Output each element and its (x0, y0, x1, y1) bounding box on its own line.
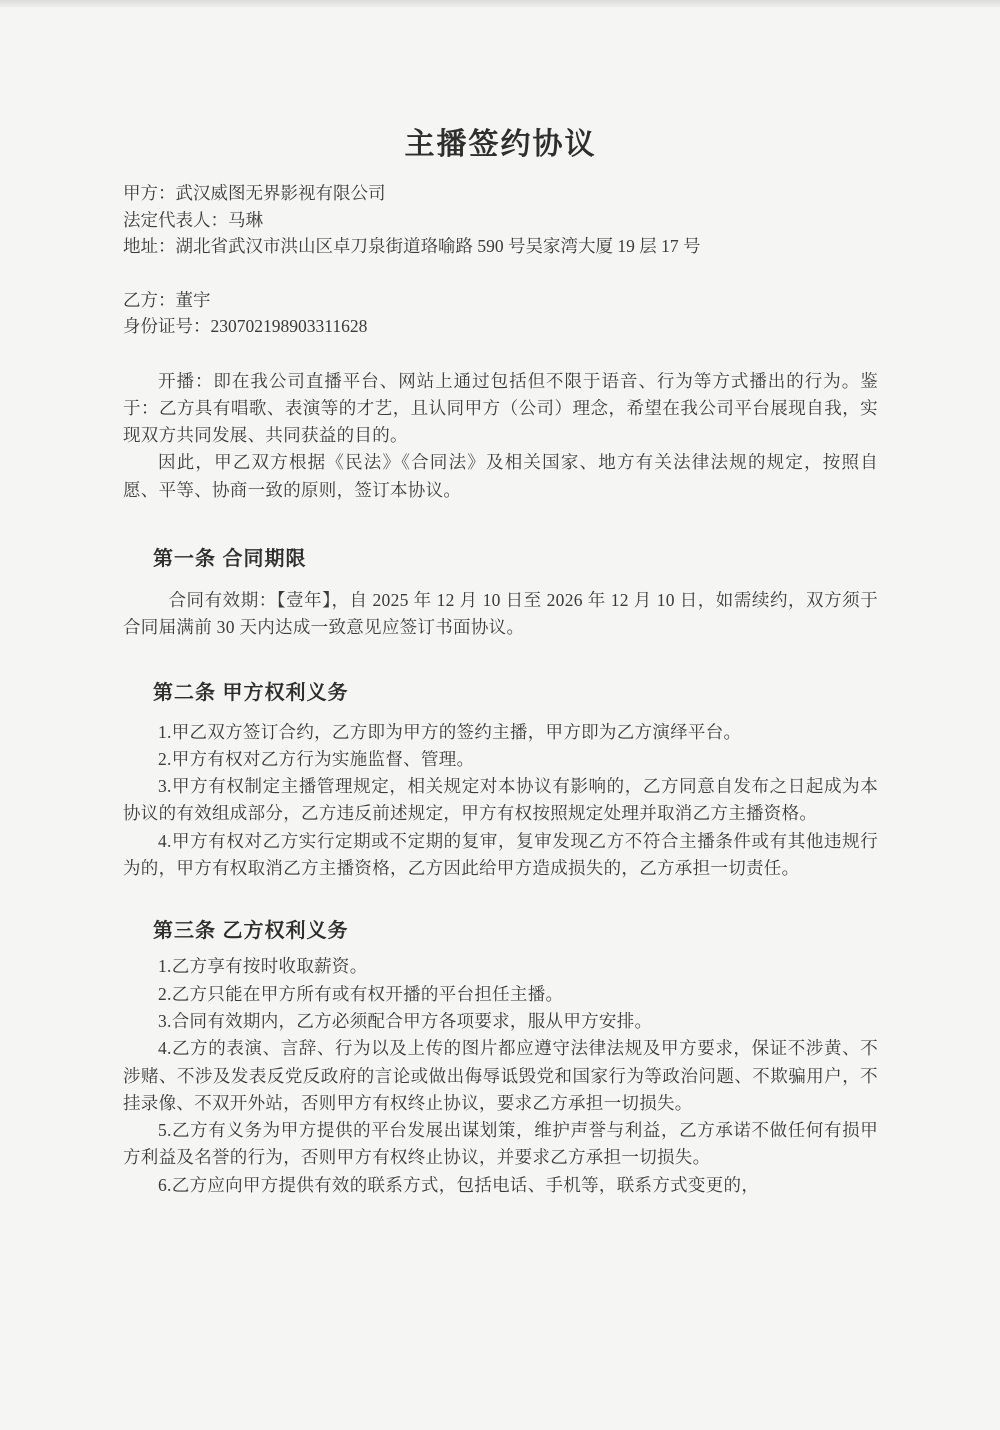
section-clauses: 1.乙方享有按时收取薪资。 2.乙方只能在甲方所有或有权开播的平台担任主播。 3… (123, 953, 878, 1199)
document-page: 主播签约协议 甲方：武汉威图无界影视有限公司 法定代表人：马琳 地址：湖北省武汉… (0, 0, 1000, 1430)
contract-clause: 3.甲方有权制定主播管理规定，相关规定对本协议有影响的，乙方同意自发布之日起成为… (123, 773, 878, 828)
party-b-id-line: 身份证号：230702198903311628 (123, 313, 878, 340)
document-title: 主播签约协议 (123, 0, 878, 168)
contract-clause: 2.乙方只能在甲方所有或有权开播的平台担任主播。 (123, 981, 878, 1008)
preamble-paragraph: 因此，甲乙双方根据《民法》《合同法》及相关国家、地方有关法律法规的规定，按照自愿… (123, 449, 878, 504)
section-party-b-rights: 第三条 乙方权利义务 1.乙方享有按时收取薪资。 2.乙方只能在甲方所有或有权开… (123, 916, 878, 1199)
preamble-paragraph: 开播：即在我公司直播平台、网站上通过包括但不限于语音、行为等方式播出的行为。鉴于… (123, 368, 878, 450)
contract-clause: 3.合同有效期内，乙方必须配合甲方各项要求，服从甲方安排。 (123, 1008, 878, 1035)
party-b-name-line: 乙方：董宇 (123, 287, 878, 314)
section-heading: 第三条 乙方权利义务 (123, 916, 878, 946)
section-party-a-rights: 第二条 甲方权利义务 1.甲乙双方签订合约，乙方即为甲方的签约主播，甲方即为乙方… (123, 678, 878, 883)
section-heading: 第二条 甲方权利义务 (123, 678, 878, 708)
party-a-block: 甲方：武汉威图无界影视有限公司 法定代表人：马琳 地址：湖北省武汉市洪山区卓刀泉… (123, 180, 878, 260)
contract-clause: 4.乙方的表演、言辞、行为以及上传的图片都应遵守法律法规及甲方要求，保证不涉黄、… (123, 1035, 878, 1117)
party-a-name-line: 甲方：武汉威图无界影视有限公司 (123, 180, 878, 207)
section-clauses: 1.甲乙双方签订合约，乙方即为甲方的签约主播，甲方即为乙方演绎平台。 2.甲方有… (123, 719, 878, 883)
section-clauses: 合同有效期：【壹年】，自 2025 年 12 月 10 日至 2026 年 12… (123, 587, 878, 642)
party-a-legal-rep-line: 法定代表人：马琳 (123, 207, 878, 234)
document-content: 主播签约协议 甲方：武汉威图无界影视有限公司 法定代表人：马琳 地址：湖北省武汉… (0, 0, 1000, 1199)
contract-clause: 1.甲乙双方签订合约，乙方即为甲方的签约主播，甲方即为乙方演绎平台。 (123, 719, 878, 746)
contract-clause: 1.乙方享有按时收取薪资。 (123, 953, 878, 980)
section-contract-term: 第一条 合同期限 合同有效期：【壹年】，自 2025 年 12 月 10 日至 … (123, 544, 878, 642)
preamble: 开播：即在我公司直播平台、网站上通过包括但不限于语音、行为等方式播出的行为。鉴于… (123, 368, 878, 504)
contract-clause: 合同有效期：【壹年】，自 2025 年 12 月 10 日至 2026 年 12… (123, 587, 878, 642)
contract-clause: 4.甲方有权对乙方实行定期或不定期的复审，复审发现乙方不符合主播条件或有其他违规… (123, 828, 878, 883)
contract-clause: 2.甲方有权对乙方行为实施监督、管理。 (123, 746, 878, 773)
contract-clause: 6.乙方应向甲方提供有效的联系方式，包括电话、手机等，联系方式变更的， (123, 1172, 878, 1199)
party-b-block: 乙方：董宇 身份证号：230702198903311628 (123, 287, 878, 340)
contract-clause: 5.乙方有义务为甲方提供的平台发展出谋划策，维护声誉与利益，乙方承诺不做任何有损… (123, 1117, 878, 1172)
section-heading: 第一条 合同期限 (123, 544, 878, 574)
party-a-address-line: 地址：湖北省武汉市洪山区卓刀泉街道珞喻路 590 号吴家湾大厦 19 层 17 … (123, 233, 878, 260)
